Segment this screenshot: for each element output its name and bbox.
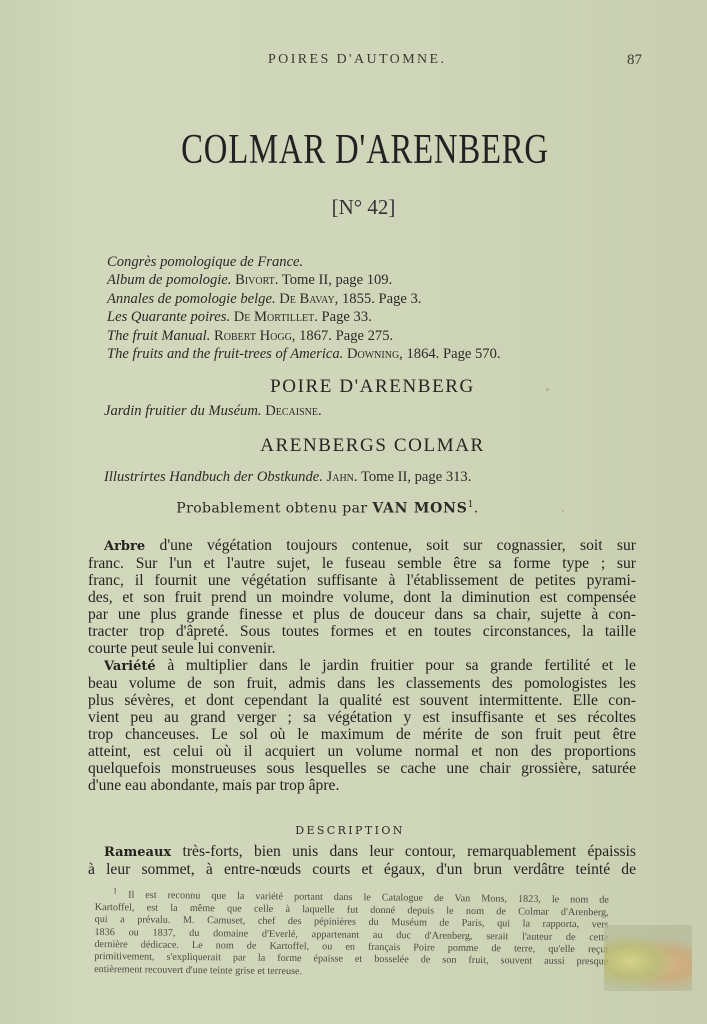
paragraph-lead: Variété bbox=[104, 659, 156, 674]
reference-item: Congrès pomologique de France. bbox=[107, 253, 627, 271]
fruit-plate-image bbox=[604, 925, 692, 991]
synonym-reference: Illustrirtes Handbuch der Obstkunde. Jah… bbox=[104, 469, 471, 486]
synonym-title: ARENBERGS COLMAR bbox=[0, 435, 707, 457]
paragraph-lead: Arbre bbox=[104, 539, 145, 554]
reference-item: The fruits and the fruit-trees of Americ… bbox=[107, 345, 627, 363]
variety-number: [N° 42] bbox=[0, 195, 707, 220]
variety-title: COLMAR D'ARENBERG bbox=[80, 126, 649, 174]
running-head: POIRES D'AUTOMNE. 87 bbox=[0, 52, 707, 72]
footnote-number: 1 bbox=[113, 885, 117, 895]
reference-item: Les Quarante poires. De Mortillet. Page … bbox=[107, 308, 627, 326]
footnote: 1 Il est reconnu que la variété portant … bbox=[94, 884, 609, 982]
paper-blemish bbox=[89, 600, 91, 602]
reference-list: Congrès pomologique de France. Album de … bbox=[107, 253, 627, 363]
reference-item: The fruit Manual. Robert Hogg, 1867. Pag… bbox=[107, 327, 627, 345]
page-number: 87 bbox=[627, 52, 642, 69]
paragraph-rameaux: Rameaux très-forts, bien unis dans leur … bbox=[88, 843, 636, 878]
synonym-reference: Jardin fruitier du Muséum. Decaisne. bbox=[104, 403, 322, 420]
breeder-name: VAN MONS bbox=[372, 501, 467, 517]
book-page: POIRES D'AUTOMNE. 87 COLMAR D'ARENBERG [… bbox=[0, 0, 707, 1024]
paper-blemish bbox=[562, 510, 564, 512]
section-heading-description: DESCRIPTION bbox=[0, 824, 700, 837]
synonym-title: POIRE D'ARENBERG bbox=[0, 376, 707, 398]
paper-blemish bbox=[546, 388, 549, 391]
reference-item: Album de pomologie. Bivort. Tome II, pag… bbox=[107, 271, 627, 289]
paragraph-lead: Rameaux bbox=[104, 845, 171, 860]
paragraph-variete: Variété à multiplier dans le jardin frui… bbox=[88, 657, 636, 794]
origin-statement: Probablement obtenu par VAN MONS1. bbox=[0, 500, 655, 517]
running-title: POIRES D'AUTOMNE. bbox=[268, 52, 446, 68]
reference-item: Annales de pomologie belge. De Bavay, 18… bbox=[107, 290, 627, 308]
paragraph-arbre: Arbre d'une végétation toujours contenue… bbox=[88, 537, 636, 657]
